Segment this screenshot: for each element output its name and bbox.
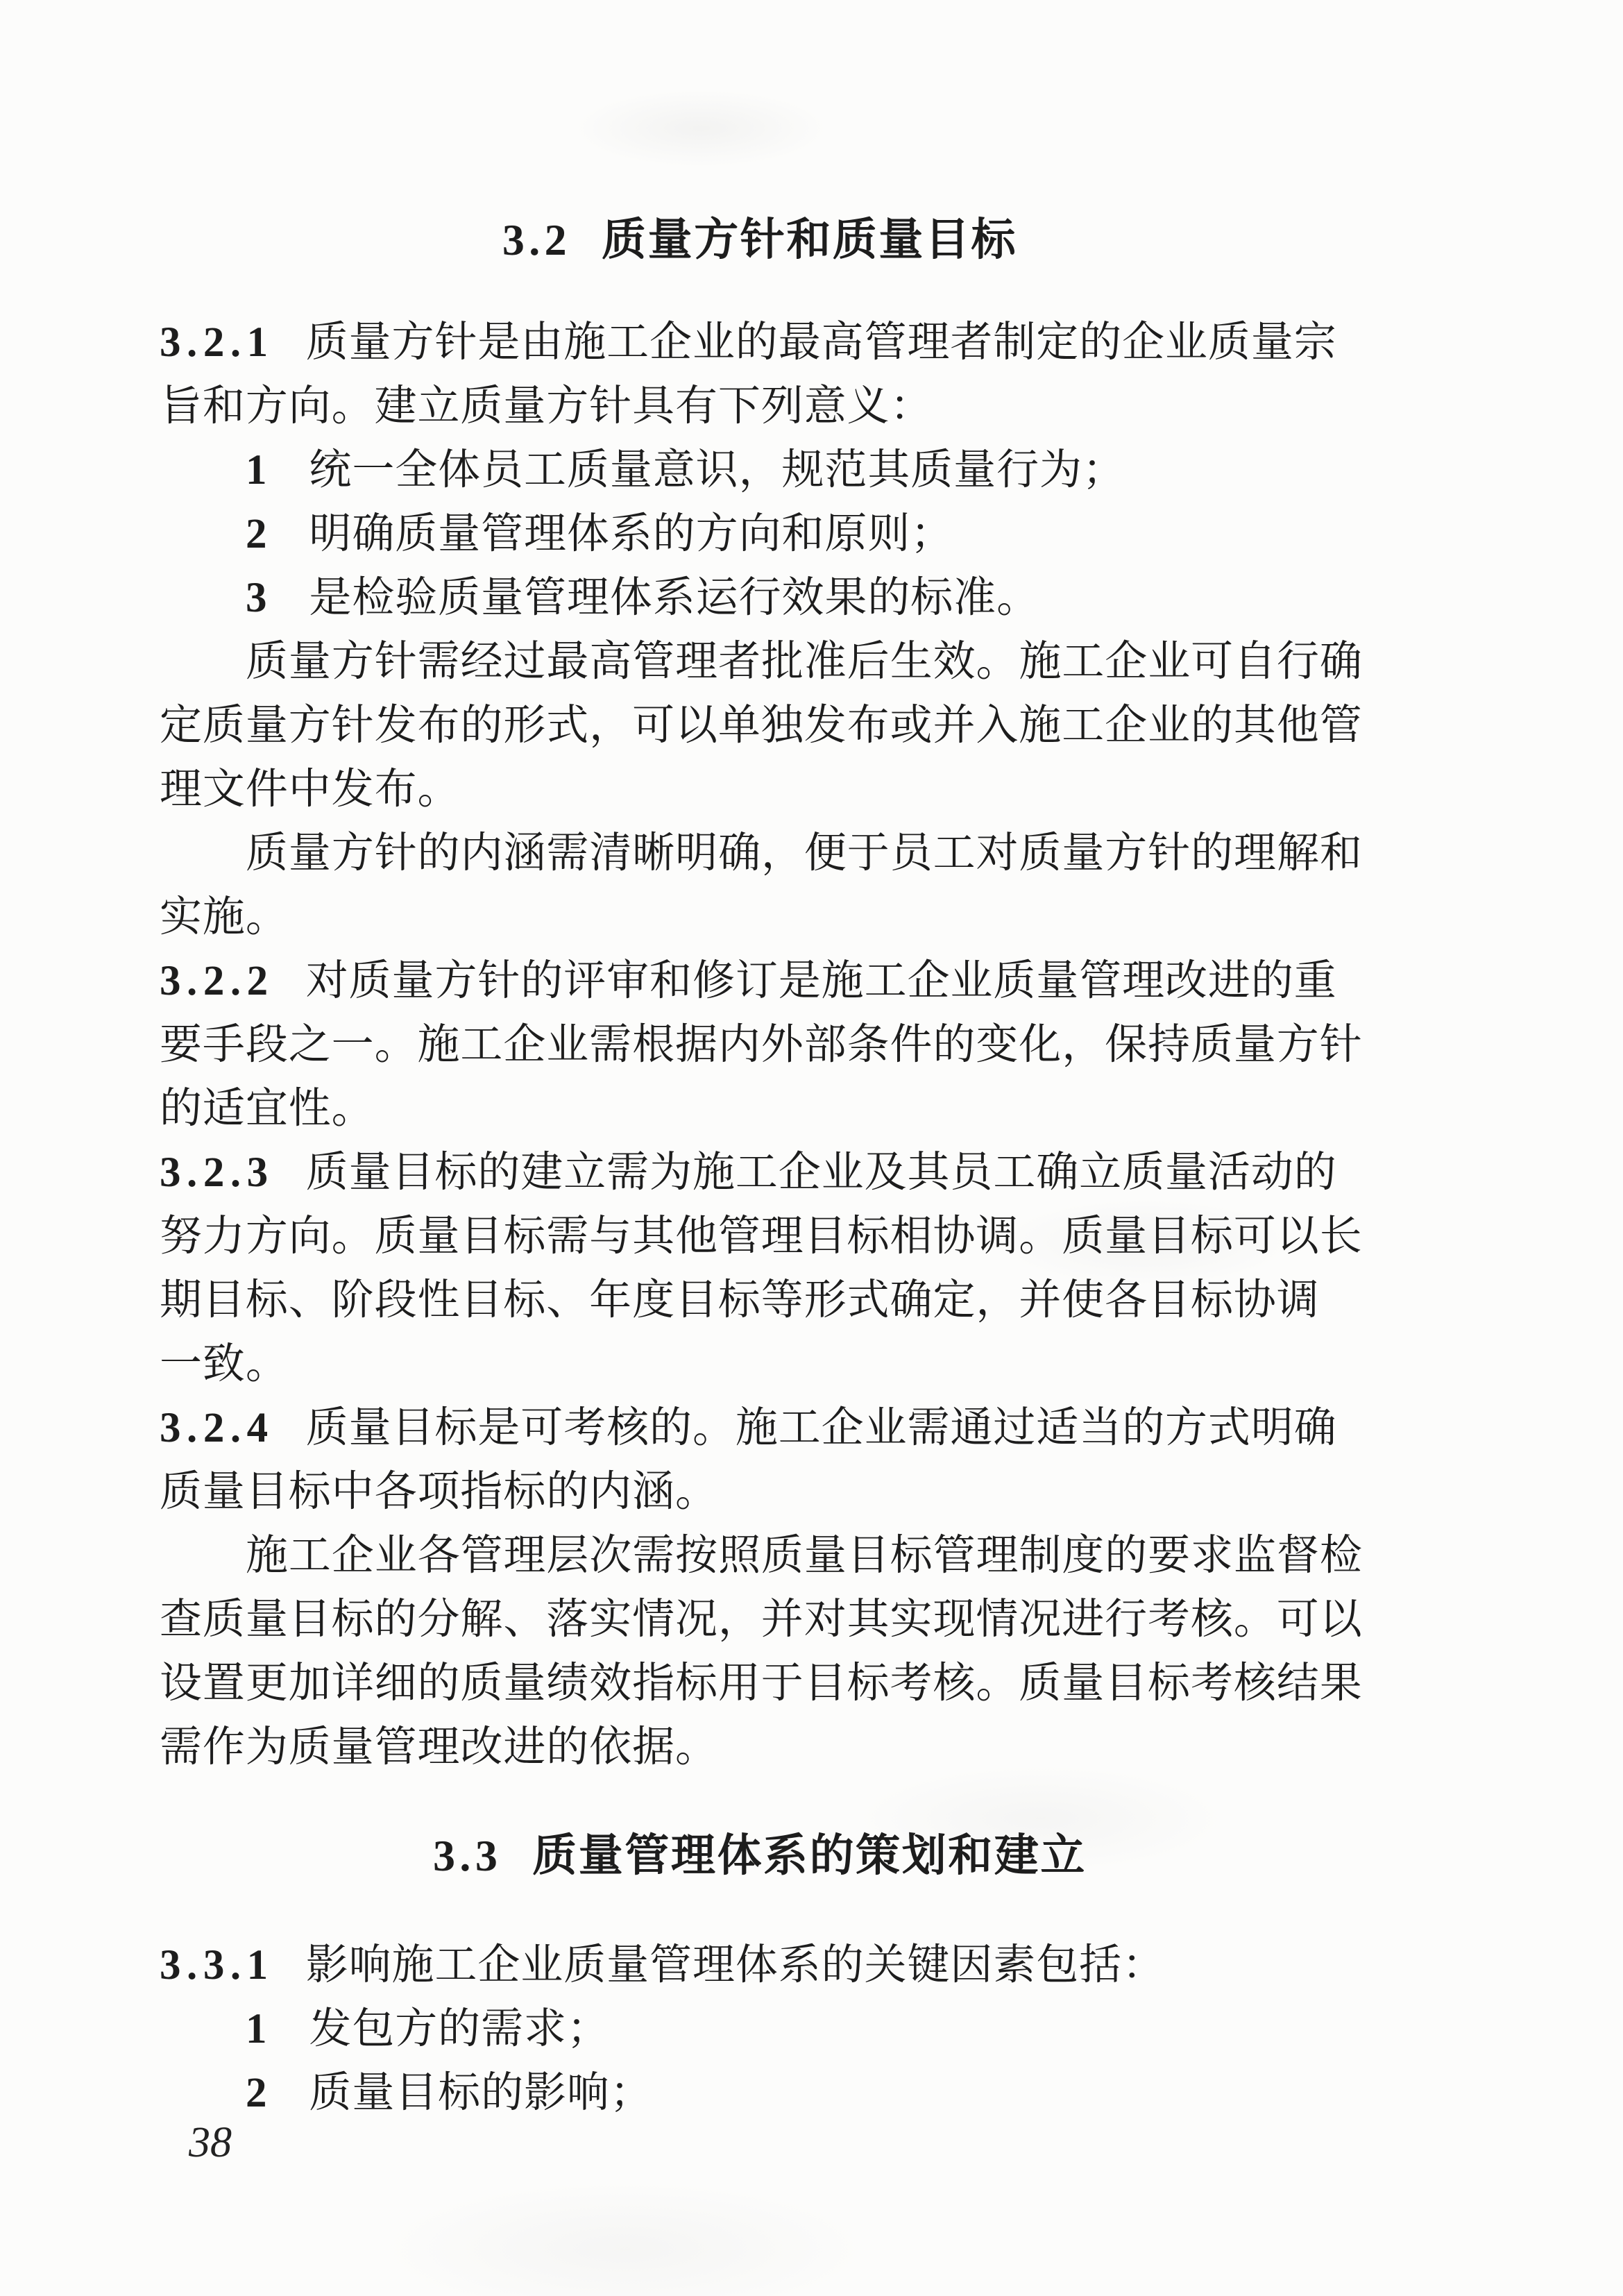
body-line-text: 的适宜性。: [160, 1086, 375, 1132]
body-line-text: 旨和方向。建立质量方针具有下列意义：: [160, 383, 933, 430]
paragraph-line: 理文件中发布。: [160, 758, 1360, 822]
body-line-text: 施工企业各管理层次需按照质量目标管理制度的要求监督检: [246, 1533, 1363, 1579]
list-item-number: 1: [246, 447, 267, 493]
body-line-text: 需作为质量管理改进的依据。: [160, 1724, 718, 1771]
clause-first-line: 3.2.3质量目标的建立需为施工企业及其员工确立质量活动的: [160, 1141, 1360, 1205]
list-item: 2明确质量管理体系的方向和原则；: [160, 503, 1360, 566]
body-line-text: 实施。: [160, 894, 289, 940]
paragraph-line: 施工企业各管理层次需按照质量目标管理制度的要求监督检: [160, 1524, 1360, 1588]
body-line-text: 努力方向。质量目标需与其他管理目标相协调。质量目标可以长: [160, 1213, 1363, 1260]
section-heading: 3.3质量管理体系的策划和建立: [160, 1824, 1360, 1899]
paragraph-line: 质量方针的内涵需清晰明确，便于员工对质量方针的理解和: [160, 822, 1360, 886]
body-line-text: 查质量目标的分解、落实情况，并对其实现情况进行考核。可以: [160, 1596, 1363, 1643]
section-heading-title: 质量管理体系的策划和建立: [532, 1830, 1087, 1880]
list-item: 1统一全体员工质量意识，规范其质量行为；: [160, 439, 1360, 503]
paragraph-line: 质量方针需经过最高管理者批准后生效。施工企业可自行确: [160, 630, 1360, 694]
clause-number: 3.3.1: [160, 1942, 274, 1989]
paragraph-line: 定质量方针发布的形式，可以单独发布或并入施工企业的其他管: [160, 694, 1360, 758]
clause-line: 旨和方向。建立质量方针具有下列意义：: [160, 375, 1360, 439]
section-heading-number: 3.3: [433, 1831, 502, 1880]
clause-first-line: 3.2.1质量方针是由施工企业的最高管理者制定的企业质量宗: [160, 311, 1360, 375]
clause-line: 期目标、阶段性目标、年度目标等形式确定，并使各目标协调: [160, 1269, 1360, 1333]
document-page: { "page": { "number": "38", "blocks": [ …: [0, 0, 1623, 2296]
body-line-text: 期目标、阶段性目标、年度目标等形式确定，并使各目标协调: [160, 1277, 1320, 1324]
list-item-text: 统一全体员工质量意识，规范其质量行为；: [309, 447, 1125, 493]
section-heading-title: 质量方针和质量目标: [602, 214, 1017, 264]
list-item: 3是检验质量管理体系运行效果的标准。: [160, 566, 1360, 630]
list-item-number: 3: [246, 575, 267, 621]
clause-line: 要手段之一。施工企业需根据内外部条件的变化，保持质量方针: [160, 1013, 1360, 1077]
body-line-text: 对质量方针的评审和修订是施工企业质量管理改进的重: [306, 958, 1337, 1004]
list-item: 2质量目标的影响；: [160, 2061, 1360, 2125]
list-item-text: 明确质量管理体系的方向和原则；: [309, 511, 953, 557]
list-item: 1发包方的需求；: [160, 1998, 1360, 2061]
clause-line: 的适宜性。: [160, 1077, 1360, 1141]
body-line-text: 质量方针是由施工企业的最高管理者制定的企业质量宗: [306, 319, 1337, 366]
section-heading-number: 3.2: [502, 215, 571, 264]
clause-line: 努力方向。质量目标需与其他管理目标相协调。质量目标可以长: [160, 1205, 1360, 1269]
body-line-text: 质量目标是可考核的。施工企业需通过适当的方式明确: [306, 1405, 1337, 1451]
paragraph-line: 实施。: [160, 886, 1360, 949]
list-item-text: 发包方的需求；: [309, 2006, 609, 2052]
body-line-text: 要手段之一。施工企业需根据内外部条件的变化，保持质量方针: [160, 1022, 1363, 1068]
body-line-text: 质量目标中各项指标的内涵。: [160, 1469, 718, 1515]
list-item-text: 是检验质量管理体系运行效果的标准。: [309, 575, 1039, 621]
list-item-number: 2: [246, 2070, 267, 2116]
body-line-text: 理文件中发布。: [160, 766, 460, 813]
body-line-text: 影响施工企业质量管理体系的关键因素包括：: [306, 1942, 1165, 1989]
body-line-text: 设置更加详细的质量绩效指标用于目标考核。质量目标考核结果: [160, 1660, 1363, 1707]
clause-number: 3.2.1: [160, 319, 274, 366]
clause-first-line: 3.2.2对质量方针的评审和修订是施工企业质量管理改进的重: [160, 949, 1360, 1013]
list-item-number: 1: [246, 2006, 267, 2052]
clause-line: 一致。: [160, 1333, 1360, 1396]
list-item-text: 质量目标的影响；: [309, 2070, 652, 2116]
clause-first-line: 3.3.1影响施工企业质量管理体系的关键因素包括：: [160, 1934, 1360, 1998]
body-line-text: 质量方针需经过最高管理者批准后生效。施工企业可自行确: [246, 639, 1363, 685]
paragraph-line: 设置更加详细的质量绩效指标用于目标考核。质量目标考核结果: [160, 1652, 1360, 1716]
body-line-text: 质量目标的建立需为施工企业及其员工确立质量活动的: [306, 1149, 1337, 1196]
body-line-text: 一致。: [160, 1341, 289, 1387]
body-line-text: 质量方针的内涵需清晰明确，便于员工对质量方针的理解和: [246, 830, 1363, 877]
list-item-number: 2: [246, 511, 267, 557]
paragraph-line: 需作为质量管理改进的依据。: [160, 1716, 1360, 1780]
page-number: 38: [189, 2118, 232, 2167]
clause-number: 3.2.4: [160, 1405, 274, 1451]
body-line-text: 定质量方针发布的形式，可以单独发布或并入施工企业的其他管: [160, 702, 1363, 749]
clause-number: 3.2.2: [160, 958, 274, 1004]
section-heading: 3.2质量方针和质量目标: [160, 208, 1360, 283]
clause-line: 质量目标中各项指标的内涵。: [160, 1460, 1360, 1524]
clause-number: 3.2.3: [160, 1149, 274, 1196]
paragraph-line: 查质量目标的分解、落实情况，并对其实现情况进行考核。可以: [160, 1588, 1360, 1652]
page-body: 3.2质量方针和质量目标3.2.1质量方针是由施工企业的最高管理者制定的企业质量…: [160, 208, 1360, 2125]
clause-first-line: 3.2.4质量目标是可考核的。施工企业需通过适当的方式明确: [160, 1396, 1360, 1460]
